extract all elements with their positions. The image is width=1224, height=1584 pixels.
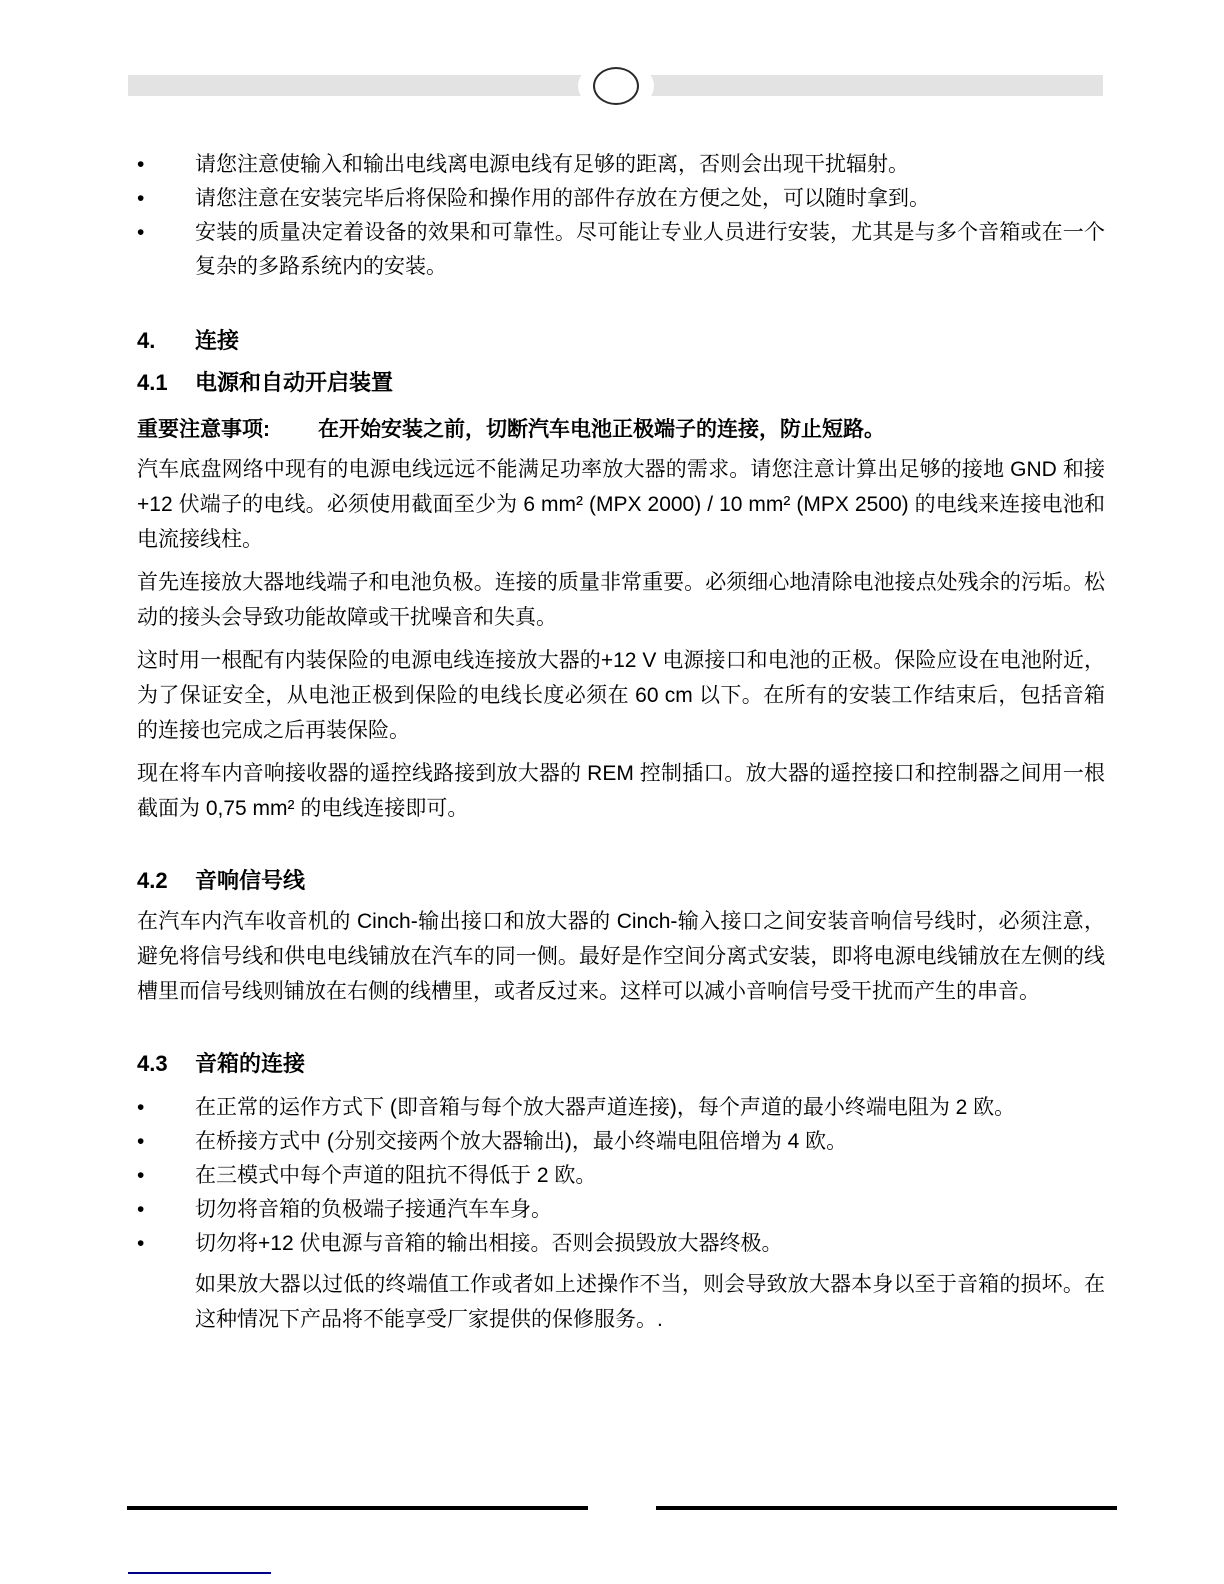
bullet-icon: • [137,182,195,216]
paragraph: 这时用一根配有内装保险的电源电线连接放大器的+12 V 电源接口和电池的正极。保… [137,643,1105,748]
bullet-icon: • [137,1227,195,1261]
footnote-rule [128,1572,271,1574]
important-note-text: 在开始安装之前，切断汽车电池正极端子的连接，防止短路。 [318,418,885,441]
bullet-text: 在桥接方式中 (分别交接两个放大器输出)，最小终端电阻倍增为 4 欧。 [195,1125,1105,1159]
bullet-icon: • [137,1125,195,1159]
list-item: • 安装的质量决定着设备的效果和可靠性。尽可能让专业人员进行安装，尤其是与多个音… [137,216,1105,284]
paragraph: 现在将车内音响接收器的遥控线路接到放大器的 REM 控制插口。放大器的遥控接口和… [137,756,1105,826]
paragraph: 首先连接放大器地线端子和电池负极。连接的质量非常重要。必须细心地清除电池接点处残… [137,565,1105,635]
bullet-text: 切勿将+12 伏电源与音箱的输出相接。否则会损毁放大器终极。 [195,1227,1105,1261]
document-page: • 请您注意使输入和输出电线离电源电线有足够的距离，否则会出现干扰辐射。 • 请… [0,0,1224,1584]
intro-bullet-list: • 请您注意使输入和输出电线离电源电线有足够的距离，否则会出现干扰辐射。 • 请… [137,148,1105,284]
section-title: 电源和自动开启装置 [195,370,393,395]
bullet-text: 安装的质量决定着设备的效果和可靠性。尽可能让专业人员进行安装，尤其是与多个音箱或… [195,216,1105,284]
bullet-text: 在三模式中每个声道的阻抗不得低于 2 欧。 [195,1159,1105,1193]
bullet-text: 请您注意使输入和输出电线离电源电线有足够的距离，否则会出现干扰辐射。 [195,148,1105,182]
important-note: 重要注意事项:在开始安装之前，切断汽车电池正极端子的连接，防止短路。 [137,412,1105,447]
list-item: • 请您注意在安装完毕后将保险和操作用的部件存放在方便之处，可以随时拿到。 [137,182,1105,216]
bullet-icon: • [137,1159,195,1193]
list-item: • 切勿将+12 伏电源与音箱的输出相接。否则会损毁放大器终极。 [137,1227,1105,1261]
section-title: 音响信号线 [195,868,305,893]
bullet-text: 在正常的运作方式下 (即音箱与每个放大器声道连接)，每个声道的最小终端电阻为 2… [195,1091,1105,1125]
section-number: 4.2 [137,866,195,896]
list-item: • 请您注意使输入和输出电线离电源电线有足够的距离，否则会出现干扰辐射。 [137,148,1105,182]
bullet-icon: • [137,1193,195,1227]
page-content: • 请您注意使输入和输出电线离电源电线有足够的距离，否则会出现干扰辐射。 • 请… [137,0,1105,1337]
section-number: 4.3 [137,1049,195,1079]
section-43-heading: 4.3音箱的连接 [137,1049,1105,1079]
bullet-icon: • [137,148,195,182]
important-note-label: 重要注意事项: [137,418,270,441]
section-number: 4. [137,326,195,356]
section-title: 音箱的连接 [195,1051,305,1076]
footer-rule-right [656,1506,1117,1510]
speaker-bullet-list: • 在正常的运作方式下 (即音箱与每个放大器声道连接)，每个声道的最小终端电阻为… [137,1091,1105,1261]
list-item: • 在三模式中每个声道的阻抗不得低于 2 欧。 [137,1159,1105,1193]
list-item: • 在桥接方式中 (分别交接两个放大器输出)，最小终端电阻倍增为 4 欧。 [137,1125,1105,1159]
section-42-heading: 4.2音响信号线 [137,866,1105,896]
section-41-heading: 4.1电源和自动开启装置 [137,368,1105,398]
section-title: 连接 [195,328,239,353]
warranty-note: 如果放大器以过低的终端值工作或者如上述操作不当，则会导致放大器本身以至于音箱的损… [195,1267,1105,1337]
list-item: • 切勿将音箱的负极端子接通汽车车身。 [137,1193,1105,1227]
paragraph: 汽车底盘网络中现有的电源电线远远不能满足功率放大器的需求。请您注意计算出足够的接… [137,452,1105,557]
bullet-icon: • [137,216,195,250]
list-item: • 在正常的运作方式下 (即音箱与每个放大器声道连接)，每个声道的最小终端电阻为… [137,1091,1105,1125]
section-number: 4.1 [137,368,195,398]
paragraph: 在汽车内汽车收音机的 Cinch-输出接口和放大器的 Cinch-输入接口之间安… [137,904,1105,1009]
bullet-text: 请您注意在安装完毕后将保险和操作用的部件存放在方便之处，可以随时拿到。 [195,182,1105,216]
bullet-text: 切勿将音箱的负极端子接通汽车车身。 [195,1193,1105,1227]
footer-rule-left [127,1506,588,1510]
section-4-heading: 4.连接 [137,326,1105,356]
bullet-icon: • [137,1091,195,1125]
